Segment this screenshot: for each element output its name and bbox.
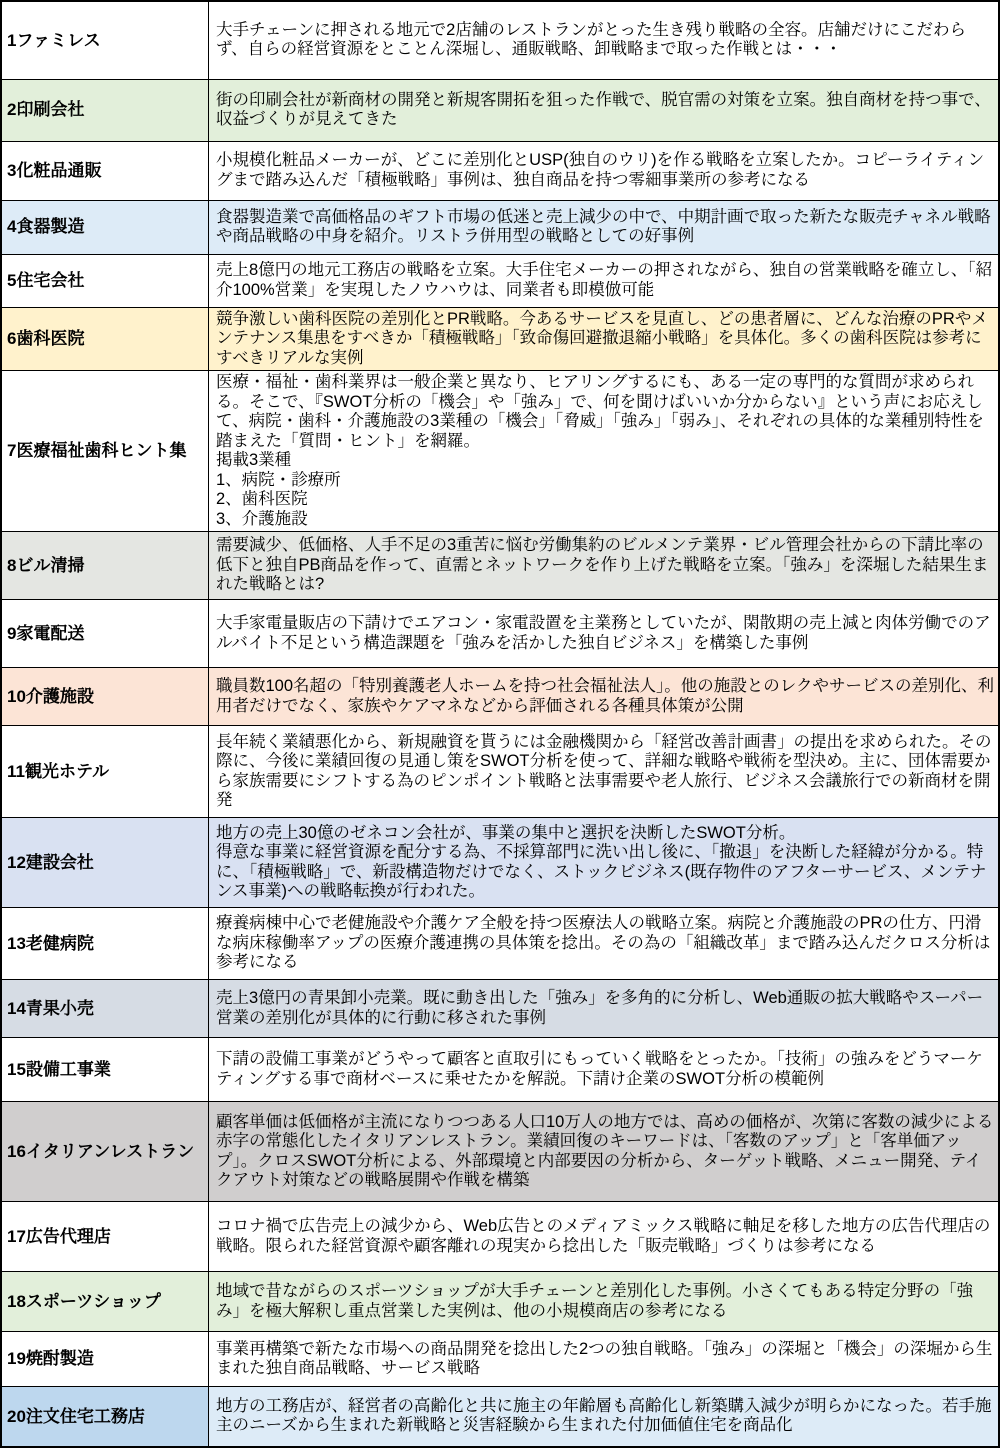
case-label-cell: 15設備工事業 [1, 1038, 209, 1102]
case-description-cell: 小規模化粧品メーカーが、どこに差別化とUSP(独自のウリ)を作る戦略を立案したか… [209, 141, 1000, 200]
table-row: 1ファミレス大手チェーンに押される地元で2店舗のレストランがとった生き残り戦略の… [1, 1, 999, 79]
case-label-cell: 9家電配送 [1, 600, 209, 668]
case-label-cell: 2印刷会社 [1, 79, 209, 141]
table-row: 15設備工事業下請の設備工事業がどうやって顧客と直取引にもっていく戦略をとったか… [1, 1038, 999, 1102]
table-row: 14青果小売売上3億円の青果卸小売業。既に動き出した「強み」を多角的に分析し、W… [1, 980, 999, 1038]
case-label-cell: 1ファミレス [1, 1, 209, 79]
case-label-cell: 14青果小売 [1, 980, 209, 1038]
case-description-cell: 下請の設備工事業がどうやって顧客と直取引にもっていく戦略をとったか。「技術」の強… [209, 1038, 1000, 1102]
case-description-cell: 街の印刷会社が新商材の開発と新規客開拓を狙った作戦で、脱官需の対策を立案。独自商… [209, 79, 1000, 141]
case-description-cell: 大手家電量販店の下請けでエアコン・家電設置を主業務としていたが、閑散期の売上減と… [209, 600, 1000, 668]
case-description-cell: 事業再構築で新たな市場への商品開発を捻出した2つの独自戦略。「強み」の深堀と「機… [209, 1332, 1000, 1387]
table-row: 11観光ホテル長年続く業績悪化から、新規融資を貰うには金融機関から「経営改善計画… [1, 726, 999, 818]
case-description-cell: 競争激しい歯科医院の差別化とPR戦略。今あるサービスを見直し、どの患者層に、どん… [209, 307, 1000, 371]
case-label-cell: 4食器製造 [1, 200, 209, 254]
table-row: 10介護施設職員数100名超の「特別養護老人ホームを持つ社会福祉法人」。他の施設… [1, 668, 999, 726]
case-description-cell: 食器製造業で高価格品のギフト市場の低迷と売上減少の中で、中期計画で取った新たな販… [209, 200, 1000, 254]
case-label-cell: 12建設会社 [1, 818, 209, 908]
case-label-cell: 7医療福祉歯科ヒント集 [1, 371, 209, 532]
case-label-cell: 13老健病院 [1, 908, 209, 980]
table-row: 16イタリアンレストラン顧客単価は低価格が主流になりつつある人口10万人の地方で… [1, 1102, 999, 1202]
case-study-table: 1ファミレス大手チェーンに押される地元で2店舗のレストランがとった生き残り戦略の… [0, 0, 1000, 1448]
case-label-cell: 19焼酎製造 [1, 1332, 209, 1387]
table-row: 13老健病院療養病棟中心で老健施設や介護ケア全般を持つ医療法人の戦略立案。病院と… [1, 908, 999, 980]
case-label-cell: 6歯科医院 [1, 307, 209, 371]
table-row: 18スポーツショップ地域で昔ながらのスポーツショップが大手チェーンと差別化した事… [1, 1272, 999, 1332]
case-label-cell: 16イタリアンレストラン [1, 1102, 209, 1202]
case-description-cell: 売上3億円の青果卸小売業。既に動き出した「強み」を多角的に分析し、Web通販の拡… [209, 980, 1000, 1038]
case-description-cell: 療養病棟中心で老健施設や介護ケア全般を持つ医療法人の戦略立案。病院と介護施設のP… [209, 908, 1000, 980]
table-row: 4食器製造食器製造業で高価格品のギフト市場の低迷と売上減少の中で、中期計画で取っ… [1, 200, 999, 254]
case-description-cell: 需要減少、低価格、人手不足の3重苦に悩む労働集約のビルメンテ業界・ビル管理会社か… [209, 532, 1000, 600]
case-description-cell: 顧客単価は低価格が主流になりつつある人口10万人の地方では、高めの価格が、次第に… [209, 1102, 1000, 1202]
case-description-cell: コロナ禍で広告売上の減少から、Web広告とのメディアミックス戦略に軸足を移した地… [209, 1202, 1000, 1272]
case-label-cell: 17広告代理店 [1, 1202, 209, 1272]
table-row: 20注文住宅工務店地方の工務店が、経営者の高齢化と共に施主の年齢層も高齢化し新築… [1, 1387, 999, 1447]
case-label-cell: 18スポーツショップ [1, 1272, 209, 1332]
case-description-cell: 医療・福祉・歯科業界は一般企業と異なり、ヒアリングするにも、ある一定の専門的な質… [209, 371, 1000, 532]
table-row: 17広告代理店コロナ禍で広告売上の減少から、Web広告とのメディアミックス戦略に… [1, 1202, 999, 1272]
case-description-cell: 大手チェーンに押される地元で2店舗のレストランがとった生き残り戦略の全容。店舗だ… [209, 1, 1000, 79]
table-row: 2印刷会社街の印刷会社が新商材の開発と新規客開拓を狙った作戦で、脱官需の対策を立… [1, 79, 999, 141]
case-label-cell: 8ビル清掃 [1, 532, 209, 600]
case-label-cell: 20注文住宅工務店 [1, 1387, 209, 1447]
case-label-cell: 3化粧品通販 [1, 141, 209, 200]
case-description-cell: 職員数100名超の「特別養護老人ホームを持つ社会福祉法人」。他の施設とのレクやサ… [209, 668, 1000, 726]
case-description-cell: 長年続く業績悪化から、新規融資を貰うには金融機関から「経営改善計画書」の提出を求… [209, 726, 1000, 818]
table-row: 12建設会社地方の売上30億のゼネコン会社が、事業の集中と選択を決断したSWOT… [1, 818, 999, 908]
case-description-cell: 地域で昔ながらのスポーツショップが大手チェーンと差別化した事例。小さくてもある特… [209, 1272, 1000, 1332]
case-description-cell: 地方の売上30億のゼネコン会社が、事業の集中と選択を決断したSWOT分析。 得意… [209, 818, 1000, 908]
table-row: 19焼酎製造事業再構築で新たな市場への商品開発を捻出した2つの独自戦略。「強み」… [1, 1332, 999, 1387]
case-description-cell: 地方の工務店が、経営者の高齢化と共に施主の年齢層も高齢化し新築購入減少が明らかに… [209, 1387, 1000, 1447]
table-row: 5住宅会社売上8億円の地元工務店の戦略を立案。大手住宅メーカーの押されながら、独… [1, 254, 999, 307]
table-row: 7医療福祉歯科ヒント集医療・福祉・歯科業界は一般企業と異なり、ヒアリングするにも… [1, 371, 999, 532]
case-label-cell: 5住宅会社 [1, 254, 209, 307]
table-row: 3化粧品通販小規模化粧品メーカーが、どこに差別化とUSP(独自のウリ)を作る戦略… [1, 141, 999, 200]
case-table-body: 1ファミレス大手チェーンに押される地元で2店舗のレストランがとった生き残り戦略の… [1, 1, 999, 1447]
table-row: 8ビル清掃需要減少、低価格、人手不足の3重苦に悩む労働集約のビルメンテ業界・ビル… [1, 532, 999, 600]
table-row: 6歯科医院競争激しい歯科医院の差別化とPR戦略。今あるサービスを見直し、どの患者… [1, 307, 999, 371]
case-description-cell: 売上8億円の地元工務店の戦略を立案。大手住宅メーカーの押されながら、独自の営業戦… [209, 254, 1000, 307]
table-row: 9家電配送大手家電量販店の下請けでエアコン・家電設置を主業務としていたが、閑散期… [1, 600, 999, 668]
case-label-cell: 10介護施設 [1, 668, 209, 726]
case-label-cell: 11観光ホテル [1, 726, 209, 818]
